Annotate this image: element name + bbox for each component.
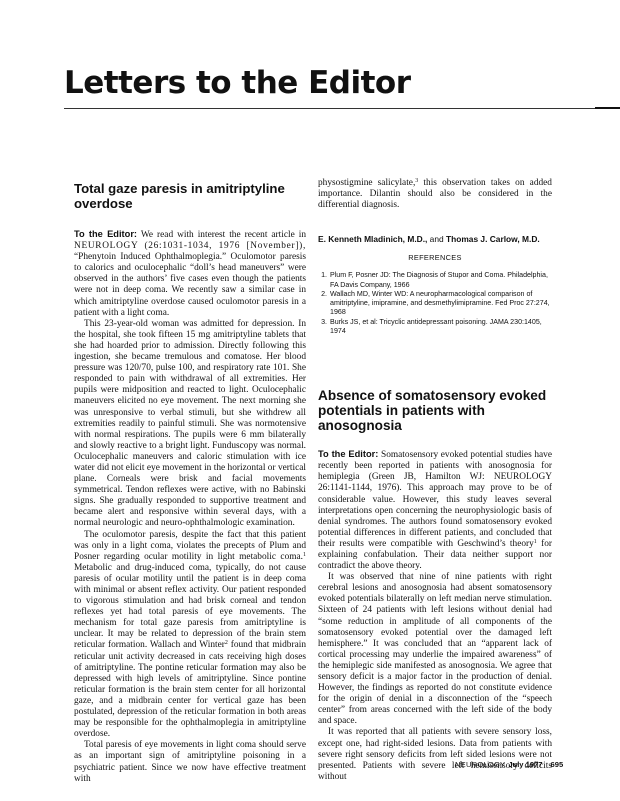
masthead-rule-end: [595, 107, 620, 109]
journal-name: NEUROLOGY: [455, 760, 505, 769]
section-masthead: Letters to the Editor: [64, 68, 410, 99]
letter1-authors: E. Kenneth Mladinich, M.D., and Thomas J…: [318, 234, 552, 245]
right-column: physostigmine salicylate,3 this observat…: [318, 178, 552, 783]
letter2-title: Absence of somatosensory evoked potentia…: [318, 388, 552, 433]
references-heading: REFERENCES: [318, 252, 552, 263]
letter2-salutation: To the Editor:: [318, 449, 378, 459]
references-list: Plum F, Posner JD: The Diagnosis of Stup…: [318, 271, 552, 336]
reference-item: Wallach MD, Winter WD: A neuropharmacolo…: [329, 290, 552, 317]
masthead-rule: [64, 108, 620, 109]
citation: NEUROLOGY (26:1031-1034, 1976 [November]…: [74, 241, 306, 251]
author-name: Thomas J. Carlow, M.D.: [446, 234, 540, 244]
page-footer: NEUROLOGYJuly 1977695: [455, 760, 563, 769]
letter1-paragraph-1: To the Editor: We read with interest the…: [74, 229, 306, 319]
letter2-paragraph-3: It was reported that all patients with s…: [318, 727, 552, 782]
letter1-paragraph-2: This 23-year-old woman was admitted for …: [74, 319, 306, 530]
reference-item: Plum F, Posner JD: The Diagnosis of Stup…: [329, 271, 552, 289]
letter2-paragraph-1: To the Editor: Somatosensory evoked pote…: [318, 449, 552, 572]
left-column: Total gaze paresis in amitriptyline over…: [74, 182, 306, 785]
letter2-paragraph-2: It was observed that nine of nine patien…: [318, 572, 552, 727]
author-name: E. Kenneth Mladinich, M.D.,: [318, 234, 427, 244]
issue-date: July 1977: [508, 760, 542, 769]
letter1-paragraph-4: Total paresis of eye movements in light …: [74, 740, 306, 784]
letter1-salutation: To the Editor:: [74, 229, 137, 239]
letter1-title: Total gaze paresis in amitriptyline over…: [74, 182, 306, 211]
reference-item: Burks JS, et al: Tricyclic antidepressan…: [329, 318, 552, 336]
reference-marker: 1: [303, 552, 306, 558]
letter1-continuation: physostigmine salicylate,3 this observat…: [318, 178, 552, 211]
page-number: 695: [551, 760, 564, 769]
letter1-paragraph-3: The oculomotor paresis, despite the fact…: [74, 530, 306, 741]
